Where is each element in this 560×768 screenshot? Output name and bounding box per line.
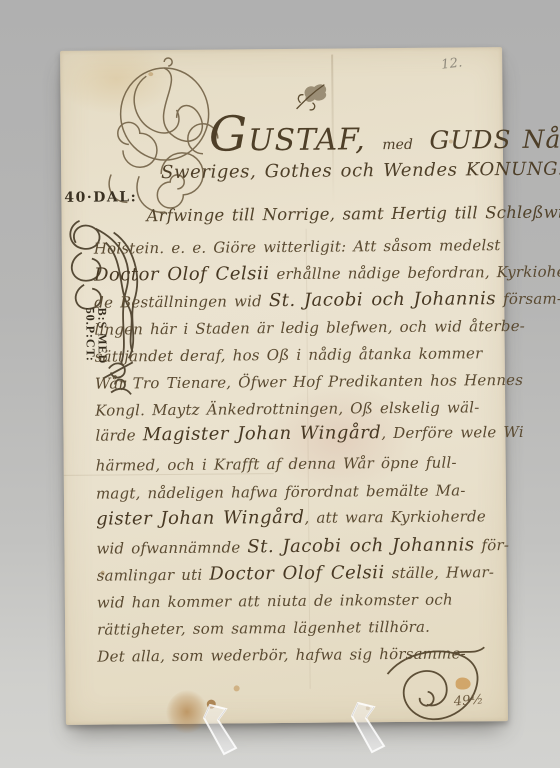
gods-grace: GUDS Nåde (429, 124, 560, 154)
acrylic-stand-left-icon (196, 702, 244, 758)
body-line: magt, nådeligen hafwa förordnat bemälte … (96, 479, 466, 503)
body-line: härmed, och i Krafft af denna Wår öpne f… (96, 451, 457, 475)
body-line: gister Johan Wingård, att wara Kyrkioher… (96, 505, 486, 529)
body-line: wid ofwannämnde St. Jacobi och Johannis … (96, 534, 509, 559)
body-line: wid han kommer att niuta de inkomster oc… (97, 589, 453, 613)
fox-spot (234, 685, 240, 691)
pencil-note: 12. (440, 55, 463, 72)
royal-title-line2: Sweriges, Gothes och Wendes KONUNG. x. x… (161, 158, 560, 183)
body-line: lärde Magister Johan Wingård, Derföre we… (95, 421, 524, 446)
manuscript-paper: 12. GUSTAF, med GUDS Nåde Sweriges, Goth… (60, 47, 508, 725)
body-line: Wår Tro Tienare, Öfwer Hof Predikanten h… (95, 369, 523, 394)
acrylic-stand-right-icon (344, 700, 392, 756)
stamp-value-label: 40·DAL: (64, 189, 137, 206)
king-name: GUSTAF, (209, 105, 366, 162)
body-line: samlingar uti Doctor Olof Celsii ställe,… (97, 561, 495, 585)
body-line: Doctor Olof Celsii erhållne nådige befor… (94, 260, 560, 285)
body-line: Det alla, som wederbör, hafwa sig hörsam… (97, 642, 466, 666)
heading-med: med (382, 137, 413, 153)
inventory-note: 49½ (453, 692, 484, 709)
photo-background: 12. GUSTAF, med GUDS Nåde Sweriges, Goth… (0, 0, 560, 768)
body-line: Arfwinge till Norrige, samt Hertig till … (146, 201, 560, 226)
body-line: Holstein. e. e. Giöre witterligit: Att s… (94, 234, 501, 259)
body-line: sättjandet deraf, hos Oß i nådig åtanka … (95, 342, 483, 366)
body-line: lingen här i Staden är ledig blefwen, oc… (94, 315, 525, 340)
body-line: rättigheter, som samma lägenhet tillhöra… (97, 616, 430, 640)
royal-title-line1: GUSTAF, med GUDS Nåde (209, 103, 560, 162)
body-line: de Beställningen wid St. Jacobi och Joha… (94, 288, 560, 313)
body-line: Kongl. Maytz Änkedrottningen, Oß elskeli… (95, 396, 479, 420)
